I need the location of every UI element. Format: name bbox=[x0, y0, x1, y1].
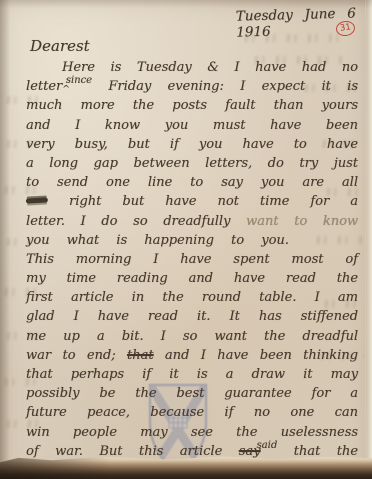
letter-line: right but have not time for a bbox=[26, 192, 358, 211]
letter-text: and I have been thinking bbox=[154, 348, 358, 363]
letter-text: win people may see the uselessness bbox=[26, 425, 358, 440]
letter-line: possibly be the best guarantee for a bbox=[26, 384, 358, 403]
letter-line: This morning I have spent most of bbox=[26, 250, 358, 269]
inserted-word: said bbox=[257, 440, 278, 451]
letter-text: Friday evening: I expect it is bbox=[92, 79, 358, 94]
letter-text: of war. But this article bbox=[26, 444, 239, 459]
letter-line: letter^since Friday evening: I expect it… bbox=[26, 77, 358, 96]
paper-left-edge bbox=[0, 0, 10, 479]
letter-text: me up a bit. I so want the dreadful bbox=[26, 329, 358, 344]
letter-text: Here is Tuesday & I have had no bbox=[62, 60, 358, 75]
letter-text: letter bbox=[26, 79, 62, 94]
letter-text: possibly be the best guarantee for a bbox=[26, 386, 358, 401]
letter-line: much more the posts fault than yours bbox=[26, 96, 358, 115]
letter-text: want to know bbox=[246, 214, 358, 229]
letter-line: future peace, because if no one can bbox=[26, 403, 358, 422]
paper-right-edge bbox=[365, 0, 372, 479]
letter-text: much more the posts fault than yours bbox=[26, 98, 358, 113]
letter-text: letter. I do so dreadfully bbox=[26, 214, 246, 229]
letter-line: win people may see the uselessness bbox=[26, 423, 358, 442]
letter-line: my time reading and have read the bbox=[26, 269, 358, 288]
letter-text: very busy, but if you have to have bbox=[26, 137, 358, 152]
letter-line: of war. But this article saysaid that th… bbox=[26, 442, 358, 461]
letter-page: Tuesday June 6 1916 31 Dearest Here is T… bbox=[0, 0, 372, 479]
letter-line: a long gap between letters, do try just bbox=[26, 154, 358, 173]
letter-text: a long gap between letters, do try just bbox=[26, 156, 358, 171]
letter-text: and I know you must have been bbox=[26, 118, 358, 133]
letter-line: to send one line to say you are all bbox=[26, 173, 358, 192]
inserted-word: since bbox=[66, 75, 92, 86]
letter-body: Here is Tuesday & I have had noletter^si… bbox=[26, 58, 358, 461]
letter-text: first article in the round table. I am bbox=[26, 290, 358, 305]
letter-text: you what is happening to you. bbox=[26, 233, 289, 248]
struck-out-word: that bbox=[127, 348, 154, 363]
ink-scribble bbox=[26, 198, 48, 204]
letter-line: letter. I do so dreadfully want to know bbox=[26, 212, 358, 231]
letter-text: This morning I have spent most of bbox=[26, 252, 358, 267]
letter-line: you what is happening to you. bbox=[26, 231, 358, 250]
letter-line: and I know you must have been bbox=[26, 116, 358, 135]
letter-line: that perhaps if it is a draw it may bbox=[26, 365, 358, 384]
letter-text: to send one line to say you are all bbox=[26, 175, 358, 190]
letter-line: very busy, but if you have to have bbox=[26, 135, 358, 154]
letter-text: glad I have read it. It has stiffened bbox=[26, 309, 358, 324]
letter-text: that the bbox=[277, 444, 358, 459]
letter-line: glad I have read it. It has stiffened bbox=[26, 307, 358, 326]
letter-text: that perhaps if it is a draw it may bbox=[26, 367, 358, 382]
letter-line: first article in the round table. I am bbox=[26, 288, 358, 307]
insertion-caret: ^ bbox=[62, 85, 70, 95]
letter-line: me up a bit. I so want the dreadful bbox=[26, 327, 358, 346]
letter-text: my time reading and have read the bbox=[26, 271, 358, 286]
letter-text: war to end; bbox=[26, 348, 127, 363]
letter-line: war to end; that and I have been thinkin… bbox=[26, 346, 358, 365]
salutation: Dearest bbox=[30, 37, 90, 55]
letter-text: future peace, because if no one can bbox=[26, 405, 358, 420]
letter-text: right but have not time for a bbox=[48, 194, 358, 209]
